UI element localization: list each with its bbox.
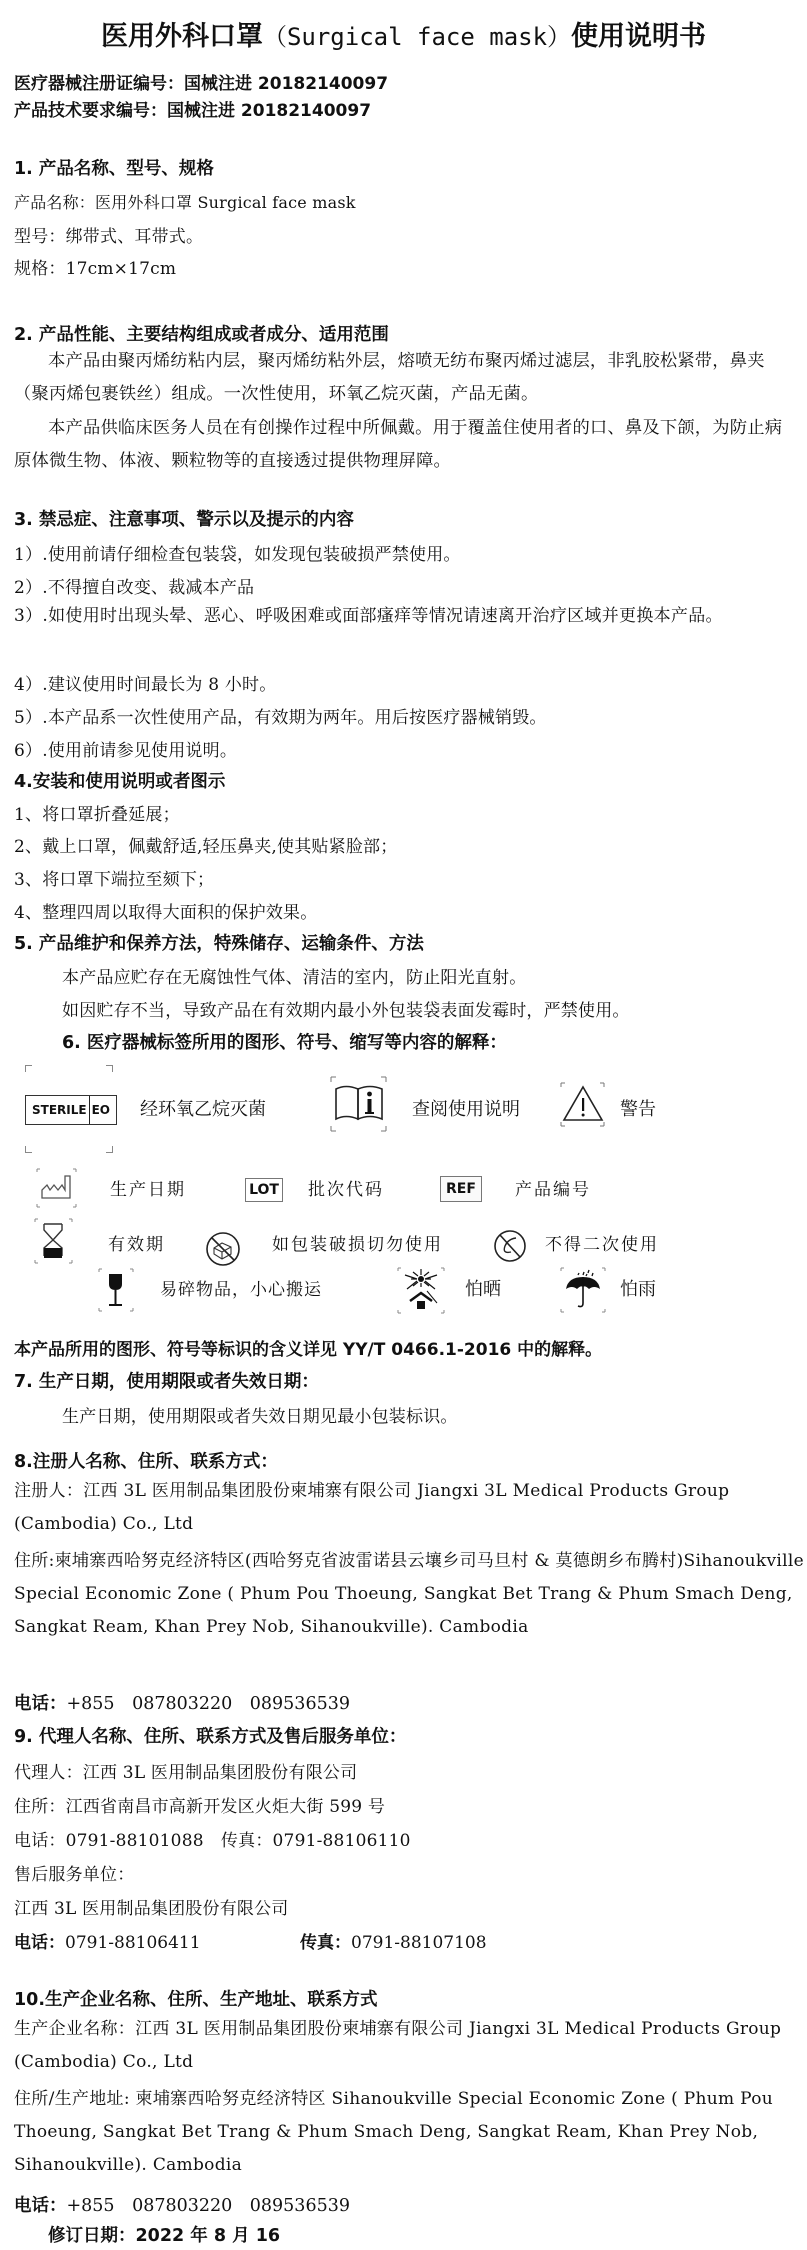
section-7-heading: 7. 生产日期，使用期限或者失效日期： <box>14 1368 319 1393</box>
manufacturer-phone: 电话：+855 087803220 089536539 <box>14 2192 350 2217</box>
eo-text: EO <box>90 1096 110 1124</box>
symbol-label: 如包装破损切勿使用 <box>272 1230 443 1255</box>
manufacturer-name: 生产企业名称：江西 3L 医用制品集团股份柬埔寨有限公司 Jiangxi 3L … <box>14 2013 804 2079</box>
symbol-label: 怕雨 <box>620 1275 656 1301</box>
phone-value: 0791-88106411 <box>65 1933 201 1953</box>
production-date-note: 生产日期，使用期限或者失效日期见最小包装标识。 <box>62 1402 458 1427</box>
after-sales-contact: 电话：0791-88106411 <box>14 1928 201 1953</box>
section-8-heading: 8.注册人名称、住所、联系方式： <box>14 1448 278 1473</box>
usage-step: 2、戴上口罩，佩戴舒适,轻压鼻夹,使其贴紧脸部； <box>14 832 397 857</box>
ref-icon: REF <box>440 1176 482 1202</box>
lot-icon: LOT <box>245 1178 283 1202</box>
registrant-address: 住所:柬埔寨西哈努克经济特区(西哈努克省波雷诺县云壤乡司马旦村 & 莫德朗乡布腾… <box>14 1545 804 1644</box>
usage-step: 4、整理四周以取得大面积的保护效果。 <box>14 898 317 923</box>
after-sales-fax: 传真：0791-88107108 <box>300 1928 487 1953</box>
agent-address: 住所：江西省南昌市高新开发区火炬大街 599 号 <box>14 1792 385 1817</box>
registrant-info: 注册人：江西 3L 医用制品集团股份柬埔寨有限公司 Jiangxi 3L Med… <box>14 1475 804 1541</box>
section-6-heading: 6. 医疗器械标签所用的图形、符号、缩写等内容的解释： <box>62 1029 507 1054</box>
factory-icon <box>36 1168 78 1208</box>
symbols-standard-note: 本产品所用的图形、符号等标识的含义详见 YY/T 0466.1-2016 中的解… <box>14 1335 602 1360</box>
symbol-label: 经环氧乙烷灭菌 <box>140 1095 266 1121</box>
section-10-heading: 10.生产企业名称、住所、生产地址、联系方式 <box>14 1986 378 2011</box>
phone-value: +855 087803220 089536539 <box>67 1694 350 1714</box>
manufacturer-address: 住所/生产地址: 柬埔寨西哈努克经济特区 Sihanoukville Speci… <box>14 2083 804 2182</box>
section-1-heading: 1. 产品名称、型号、规格 <box>14 155 214 180</box>
do-not-reuse-icon <box>490 1226 530 1266</box>
caution-item: 2）.不得擅自改变、裁减本产品 <box>14 573 254 598</box>
agent-phone-fax: 电话：0791-88101088 传真：0791-88106110 <box>14 1826 411 1851</box>
product-name: 产品名称：医用外科口罩 Surgical face mask <box>14 190 356 213</box>
fax-value: 0791-88107108 <box>351 1933 487 1953</box>
agent-name: 代理人：江西 3L 医用制品集团股份有限公司 <box>14 1758 357 1783</box>
caution-item: 4）.建议使用时间最长为 8 小时。 <box>14 670 276 695</box>
symbol-label: 易碎物品，小心搬运 <box>160 1275 322 1300</box>
phone-value: +855 087803220 089536539 <box>67 2196 350 2216</box>
symbol-label: 生产日期 <box>110 1175 186 1200</box>
damaged-package-icon <box>200 1226 246 1272</box>
caution-item: 5）.本产品系一次性使用产品，有效期为两年。用后按医疗器械销毁。 <box>14 703 547 728</box>
registration-cert-number: 医疗器械注册证编号：国械注进 20182140097 <box>14 69 388 94</box>
section-2-paragraph-1: 本产品由聚丙烯纺粘内层，聚丙烯纺粘外层，熔喷无纺布聚丙烯过滤层，非乳胶松紧带，鼻… <box>14 345 794 411</box>
usage-step: 1、将口罩折叠延展； <box>14 800 180 825</box>
revision-date: 修订日期：2022 年 8 月 16 <box>48 2222 280 2247</box>
warning-triangle-icon <box>560 1082 606 1128</box>
book-info-icon <box>330 1075 390 1135</box>
symbol-label: 怕晒 <box>465 1275 501 1301</box>
phone-label: 电话： <box>14 2196 67 2216</box>
symbol-label: 产品编号 <box>515 1175 591 1200</box>
section-4-heading: 4.安装和使用说明或者图示 <box>14 768 225 793</box>
hourglass-icon <box>34 1218 74 1264</box>
sterile-text: STERILE <box>32 1096 90 1124</box>
title-en: （Surgical face mask） <box>263 23 571 51</box>
section-2-paragraph-2: 本产品供临床医务人员在有创操作过程中所佩戴。用于覆盖住使用者的口、鼻及下颌，为防… <box>14 412 794 478</box>
storage-paragraph-1: 本产品应贮存在无腐蚀性气体、清洁的室内，防止阳光直射。 <box>62 963 526 988</box>
keep-dry-umbrella-icon <box>560 1265 606 1313</box>
section-3-heading: 3. 禁忌症、注意事项、警示以及提示的内容 <box>14 506 354 531</box>
keep-away-from-sunlight-icon <box>397 1267 445 1313</box>
symbol-label: 批次代码 <box>308 1175 384 1200</box>
phone-label: 电话： <box>14 1933 65 1953</box>
section-5-heading: 5. 产品维护和保养方法，特殊储存、运输条件、方法 <box>14 930 424 955</box>
usage-step: 3、将口罩下端拉至颏下； <box>14 865 214 890</box>
phone-label: 电话： <box>14 1694 67 1714</box>
after-sales-label: 售后服务单位： <box>14 1860 134 1885</box>
caution-item: 6）.使用前请参见使用说明。 <box>14 736 237 761</box>
section-9-heading: 9. 代理人名称、住所、联系方式及售后服务单位： <box>14 1723 406 1748</box>
symbol-label: 有效期 <box>108 1230 165 1255</box>
fax-label: 传真： <box>300 1933 351 1953</box>
storage-paragraph-2: 如因贮存不当，导致产品在有效期内最小外包装袋表面发霉时，严禁使用。 <box>62 996 630 1021</box>
sterile-eo-icon: STERILEEO <box>25 1095 117 1125</box>
registrant-phone: 电话：+855 087803220 089536539 <box>14 1690 350 1715</box>
symbol-label: 查阅使用说明 <box>412 1095 520 1121</box>
title-cn-prefix: 医用外科口罩 <box>101 21 263 52</box>
tech-requirement-number: 产品技术要求编号：国械注进 20182140097 <box>14 96 371 121</box>
caution-item: 3）.如使用时出现头晕、恶心、呼吸困难或面部瘙痒等情况请速离开治疗区域并更换本产… <box>14 600 807 633</box>
document-title: 医用外科口罩（Surgical face mask）使用说明书 <box>0 14 807 53</box>
fragile-glass-icon <box>98 1268 134 1312</box>
symbol-label: 警告 <box>620 1095 656 1121</box>
section-2-heading: 2. 产品性能、主要结构组成或者成分、适用范围 <box>14 321 389 346</box>
product-model: 型号：绑带式、耳带式。 <box>14 222 203 247</box>
product-spec: 规格：17cm×17cm <box>14 254 176 279</box>
caution-item: 1）.使用前请仔细检查包装袋，如发现包装破损严禁使用。 <box>14 540 461 565</box>
title-cn-suffix: 使用说明书 <box>571 21 706 52</box>
symbol-label: 不得二次使用 <box>545 1230 659 1255</box>
after-sales-name: 江西 3L 医用制品集团股份有限公司 <box>14 1894 289 1919</box>
